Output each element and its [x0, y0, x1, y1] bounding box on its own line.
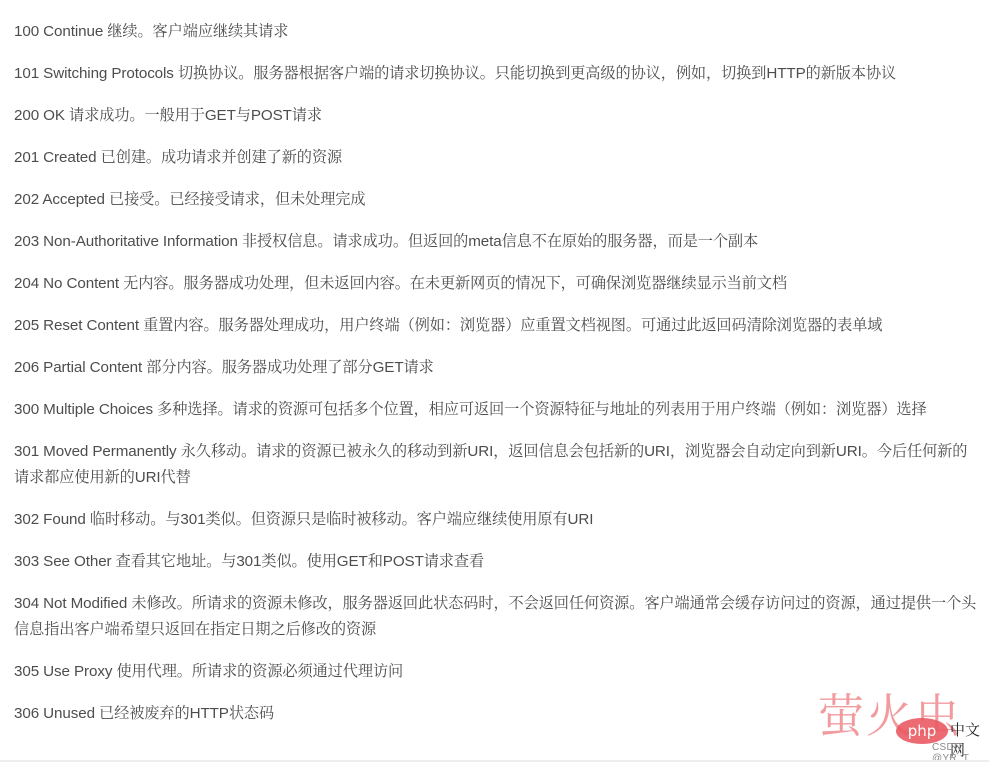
status-item-302: 302 Found 临时移动。与301类似。但资源只是临时被移动。客户端应继续使… — [14, 507, 979, 533]
status-description: 已创建。成功请求并创建了新的资源 — [101, 149, 342, 166]
status-item-206: 206 Partial Content 部分内容。服务器成功处理了部分GET请求 — [14, 355, 979, 381]
status-item-303: 303 See Other 查看其它地址。与301类似。使用GET和POST请求… — [14, 549, 979, 575]
status-item-306: 306 Unused 已经被废弃的HTTP状态码 — [14, 701, 979, 727]
status-code: 100 — [14, 23, 39, 40]
status-description: 已经被废弃的HTTP状态码 — [99, 705, 274, 722]
status-name: Moved Permanently — [43, 443, 176, 460]
status-code: 306 — [14, 705, 39, 722]
status-code: 301 — [14, 443, 39, 460]
status-code: 305 — [14, 663, 39, 680]
status-code: 300 — [14, 401, 39, 418]
status-name: Not Modified — [43, 595, 127, 612]
status-description: 切换协议。服务器根据客户端的请求切换协议。只能切换到更高级的协议，例如，切换到H… — [178, 65, 896, 82]
status-code: 206 — [14, 359, 39, 376]
status-item-304: 304 Not Modified 未修改。所请求的资源未修改，服务器返回此状态码… — [14, 591, 979, 643]
status-code: 204 — [14, 275, 39, 292]
status-code: 303 — [14, 553, 39, 570]
status-description: 已接受。已经接受请求，但未处理完成 — [109, 191, 366, 208]
status-code: 205 — [14, 317, 39, 334]
status-item-300: 300 Multiple Choices 多种选择。请求的资源可包括多个位置，相… — [14, 397, 979, 423]
status-item-301: 301 Moved Permanently 永久移动。请求的资源已被永久的移动到… — [14, 439, 979, 491]
status-description: 查看其它地址。与301类似。使用GET和POST请求查看 — [116, 553, 485, 570]
status-name: Accepted — [42, 191, 105, 208]
status-description: 非授权信息。请求成功。但返回的meta信息不在原始的服务器，而是一个副本 — [242, 233, 758, 250]
status-description: 多种选择。请求的资源可包括多个位置，相应可返回一个资源特征与地址的列表用于用户终… — [157, 401, 926, 418]
status-name: Switching Protocols — [43, 65, 174, 82]
status-code-list: 100 Continue 继续。客户端应继续其请求 101 Switching … — [14, 19, 979, 743]
status-item-100: 100 Continue 继续。客户端应继续其请求 — [14, 19, 979, 45]
status-item-203: 203 Non-Authoritative Information 非授权信息。… — [14, 229, 979, 255]
status-name: Created — [43, 149, 96, 166]
status-code: 304 — [14, 595, 39, 612]
status-code: 203 — [14, 233, 39, 250]
status-description: 临时移动。与301类似。但资源只是临时被移动。客户端应继续使用原有URI — [90, 511, 594, 528]
status-name: Non-Authoritative Information — [43, 233, 238, 250]
status-item-201: 201 Created 已创建。成功请求并创建了新的资源 — [14, 145, 979, 171]
status-name: Partial Content — [43, 359, 142, 376]
status-name: Unused — [43, 705, 95, 722]
status-item-204: 204 No Content 无内容。服务器成功处理，但未返回内容。在未更新网页… — [14, 271, 979, 297]
status-name: No Content — [43, 275, 119, 292]
status-description: 继续。客户端应继续其请求 — [107, 23, 288, 40]
status-code: 201 — [14, 149, 39, 166]
status-item-305: 305 Use Proxy 使用代理。所请求的资源必须通过代理访问 — [14, 659, 979, 685]
status-description: 重置内容。服务器处理成功，用户终端（例如：浏览器）应重置文档视图。可通过此返回码… — [143, 317, 882, 334]
status-code: 200 — [14, 107, 39, 124]
status-name: Found — [43, 511, 86, 528]
status-item-202: 202 Accepted 已接受。已经接受请求，但未处理完成 — [14, 187, 979, 213]
status-description: 部分内容。服务器成功处理了部分GET请求 — [146, 359, 433, 376]
status-item-205: 205 Reset Content 重置内容。服务器处理成功，用户终端（例如：浏… — [14, 313, 979, 339]
status-item-200: 200 OK 请求成功。一般用于GET与POST请求 — [14, 103, 979, 129]
status-name: Reset Content — [43, 317, 139, 334]
status-code: 302 — [14, 511, 39, 528]
status-name: Use Proxy — [43, 663, 112, 680]
status-name: OK — [43, 107, 65, 124]
status-name: See Other — [43, 553, 111, 570]
status-description: 无内容。服务器成功处理，但未返回内容。在未更新网页的情况下，可确保浏览器继续显示… — [123, 275, 787, 292]
watermark-credit: CSDN @YR_T — [932, 742, 989, 762]
status-code: 101 — [14, 65, 39, 82]
status-name: Multiple Choices — [43, 401, 153, 418]
status-code: 202 — [14, 191, 39, 208]
status-item-101: 101 Switching Protocols 切换协议。服务器根据客户端的请求… — [14, 61, 979, 87]
status-description: 使用代理。所请求的资源必须通过代理访问 — [116, 663, 403, 680]
status-name: Continue — [43, 23, 103, 40]
status-description: 请求成功。一般用于GET与POST请求 — [69, 107, 322, 124]
status-description: 未修改。所请求的资源未修改，服务器返回此状态码时，不会返回任何资源。客户端通常会… — [14, 595, 976, 638]
